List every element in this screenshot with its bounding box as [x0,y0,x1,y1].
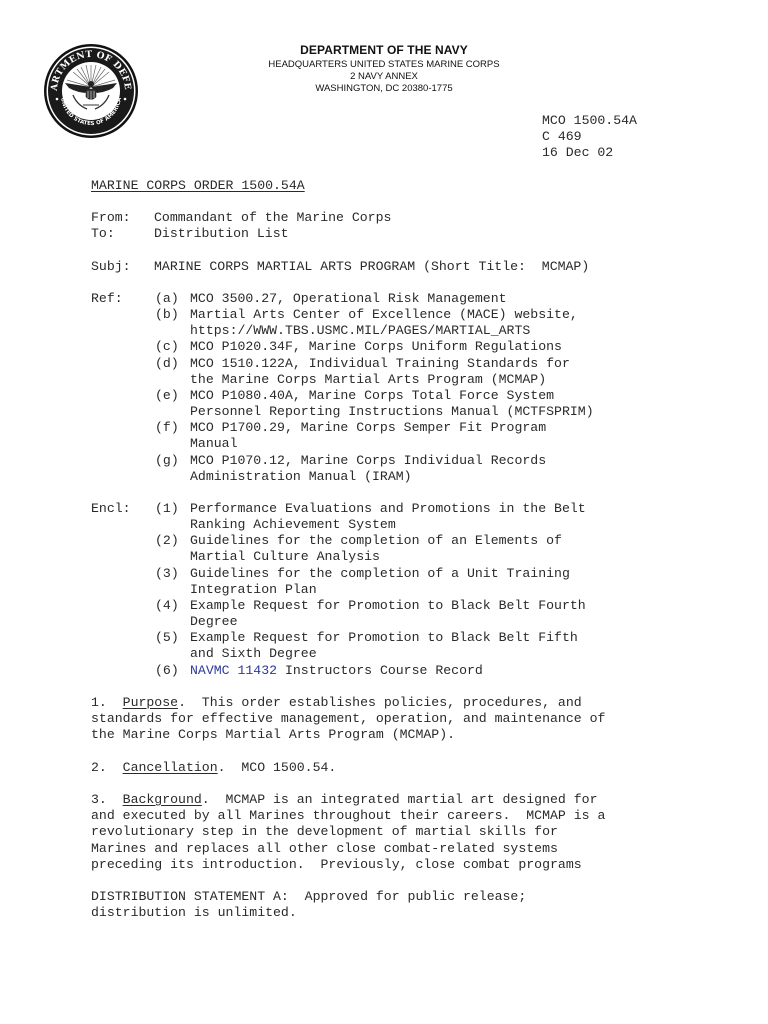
encl-2-marker: (2) [155,533,179,549]
ref-e-text: MCO P1080.40A, Marine Corps Total Force … [190,388,554,404]
order-code: C 469 [542,129,582,145]
ref-c-marker: (c) [155,339,179,355]
paragraph-3-first-line: 3. Background. MCMAP is an integrated ma… [91,792,598,808]
paragraph-1-first-line: 1. Purpose. This order establishes polic… [91,695,582,711]
paragraph-2-number: 2. [91,760,107,775]
paragraph-3-line-4: Marines and replaces all other close com… [91,841,558,857]
letterhead-address: 2 NAVY ANNEX [0,71,768,84]
letterhead-org: HEADQUARTERS UNITED STATES MARINE CORPS [0,59,768,72]
encl-2-text-cont: Martial Culture Analysis [190,549,380,565]
encl-3-marker: (3) [155,566,179,582]
ref-b-marker: (b) [155,307,179,323]
encl-1-text: Performance Evaluations and Promotions i… [190,501,586,517]
encl-4-marker: (4) [155,598,179,614]
paragraph-3-number: 3. [91,792,107,807]
paragraph-1-heading: Purpose [123,695,178,710]
paragraph-3-line-5: preceding its introduction. Previously, … [91,857,582,873]
ref-a-marker: (a) [155,291,179,307]
subject-value: MARINE CORPS MARTIAL ARTS PROGRAM (Short… [154,259,589,275]
enclosures-label: Encl: [91,501,131,517]
encl-6-text: Instructors Course Record [277,663,483,678]
ref-g-text: MCO P1070.12, Marine Corps Individual Re… [190,453,546,469]
navmc-11432-link[interactable]: NAVMC 11432 [190,663,277,678]
ref-g-text-cont: Administration Manual (IRAM) [190,469,412,485]
distribution-statement: DISTRIBUTION STATEMENT A: Approved for p… [91,889,526,905]
paragraph-1-line-2: standards for effective management, oper… [91,711,605,727]
subject-label: Subj: [91,259,131,275]
to-label: To: [91,226,115,242]
order-date: 16 Dec 02 [542,145,613,161]
ref-f-text: MCO P1700.29, Marine Corps Semper Fit Pr… [190,420,546,436]
paragraph-2-heading: Cancellation [123,760,218,775]
ref-d-marker: (d) [155,356,179,372]
encl-5-text-cont: and Sixth Degree [190,646,317,662]
encl-2-text: Guidelines for the completion of an Elem… [190,533,562,549]
encl-3-text-cont: Integration Plan [190,582,317,598]
letterhead-title: DEPARTMENT OF THE NAVY [0,43,768,57]
ref-f-text-cont: Manual [190,436,237,452]
ref-d-text-cont: the Marine Corps Martial Arts Program (M… [190,372,546,388]
encl-4-text: Example Request for Promotion to Black B… [190,598,586,614]
encl-4-text-cont: Degree [190,614,237,630]
order-number: MCO 1500.54A [542,113,637,129]
encl-6-marker: (6) [155,663,179,679]
from-label: From: [91,210,131,226]
ref-f-marker: (f) [155,420,179,436]
ref-g-marker: (g) [155,453,179,469]
encl-3-text: Guidelines for the completion of a Unit … [190,566,570,582]
ref-e-text-cont: Personnel Reporting Instructions Manual … [190,404,594,420]
ref-e-marker: (e) [155,388,179,404]
ref-b-text: Martial Arts Center of Excellence (MACE)… [190,307,578,323]
to-value: Distribution List [154,226,289,242]
paragraph-2-first-line: 2. Cancellation. MCO 1500.54. [91,760,336,776]
paragraph-1-text: . This order establishes policies, proce… [178,695,582,710]
encl-1-marker: (1) [155,501,179,517]
paragraph-1-line-3: the Marine Corps Martial Arts Program (M… [91,727,455,743]
ref-b-url: https://WWW.TBS.USMC.MIL/PAGES/MARTIAL_A… [190,323,530,339]
order-title: MARINE CORPS ORDER 1500.54A [91,178,305,194]
paragraph-2-text: . MCO 1500.54. [218,760,337,775]
ref-d-text: MCO 1510.122A, Individual Training Stand… [190,356,570,372]
letterhead-city: WASHINGTON, DC 20380-1775 [0,83,768,96]
from-value: Commandant of the Marine Corps [154,210,391,226]
paragraph-3-line-2: and executed by all Marines throughout t… [91,808,605,824]
paragraph-3-line-3: revolutionary step in the development of… [91,824,558,840]
paragraph-3-heading: Background [123,792,202,807]
paragraph-1-number: 1. [91,695,107,710]
encl-1-text-cont: Ranking Achievement System [190,517,396,533]
encl-5-marker: (5) [155,630,179,646]
encl-6-line: NAVMC 11432 Instructors Course Record [190,663,483,679]
distribution-statement-cont: distribution is unlimited. [91,905,297,921]
references-label: Ref: [91,291,123,307]
paragraph-3-text: . MCMAP is an integrated martial art des… [202,792,598,807]
ref-a-text: MCO 3500.27, Operational Risk Management [190,291,507,307]
encl-5-text: Example Request for Promotion to Black B… [190,630,578,646]
ref-c-text: MCO P1020.34F, Marine Corps Uniform Regu… [190,339,562,355]
